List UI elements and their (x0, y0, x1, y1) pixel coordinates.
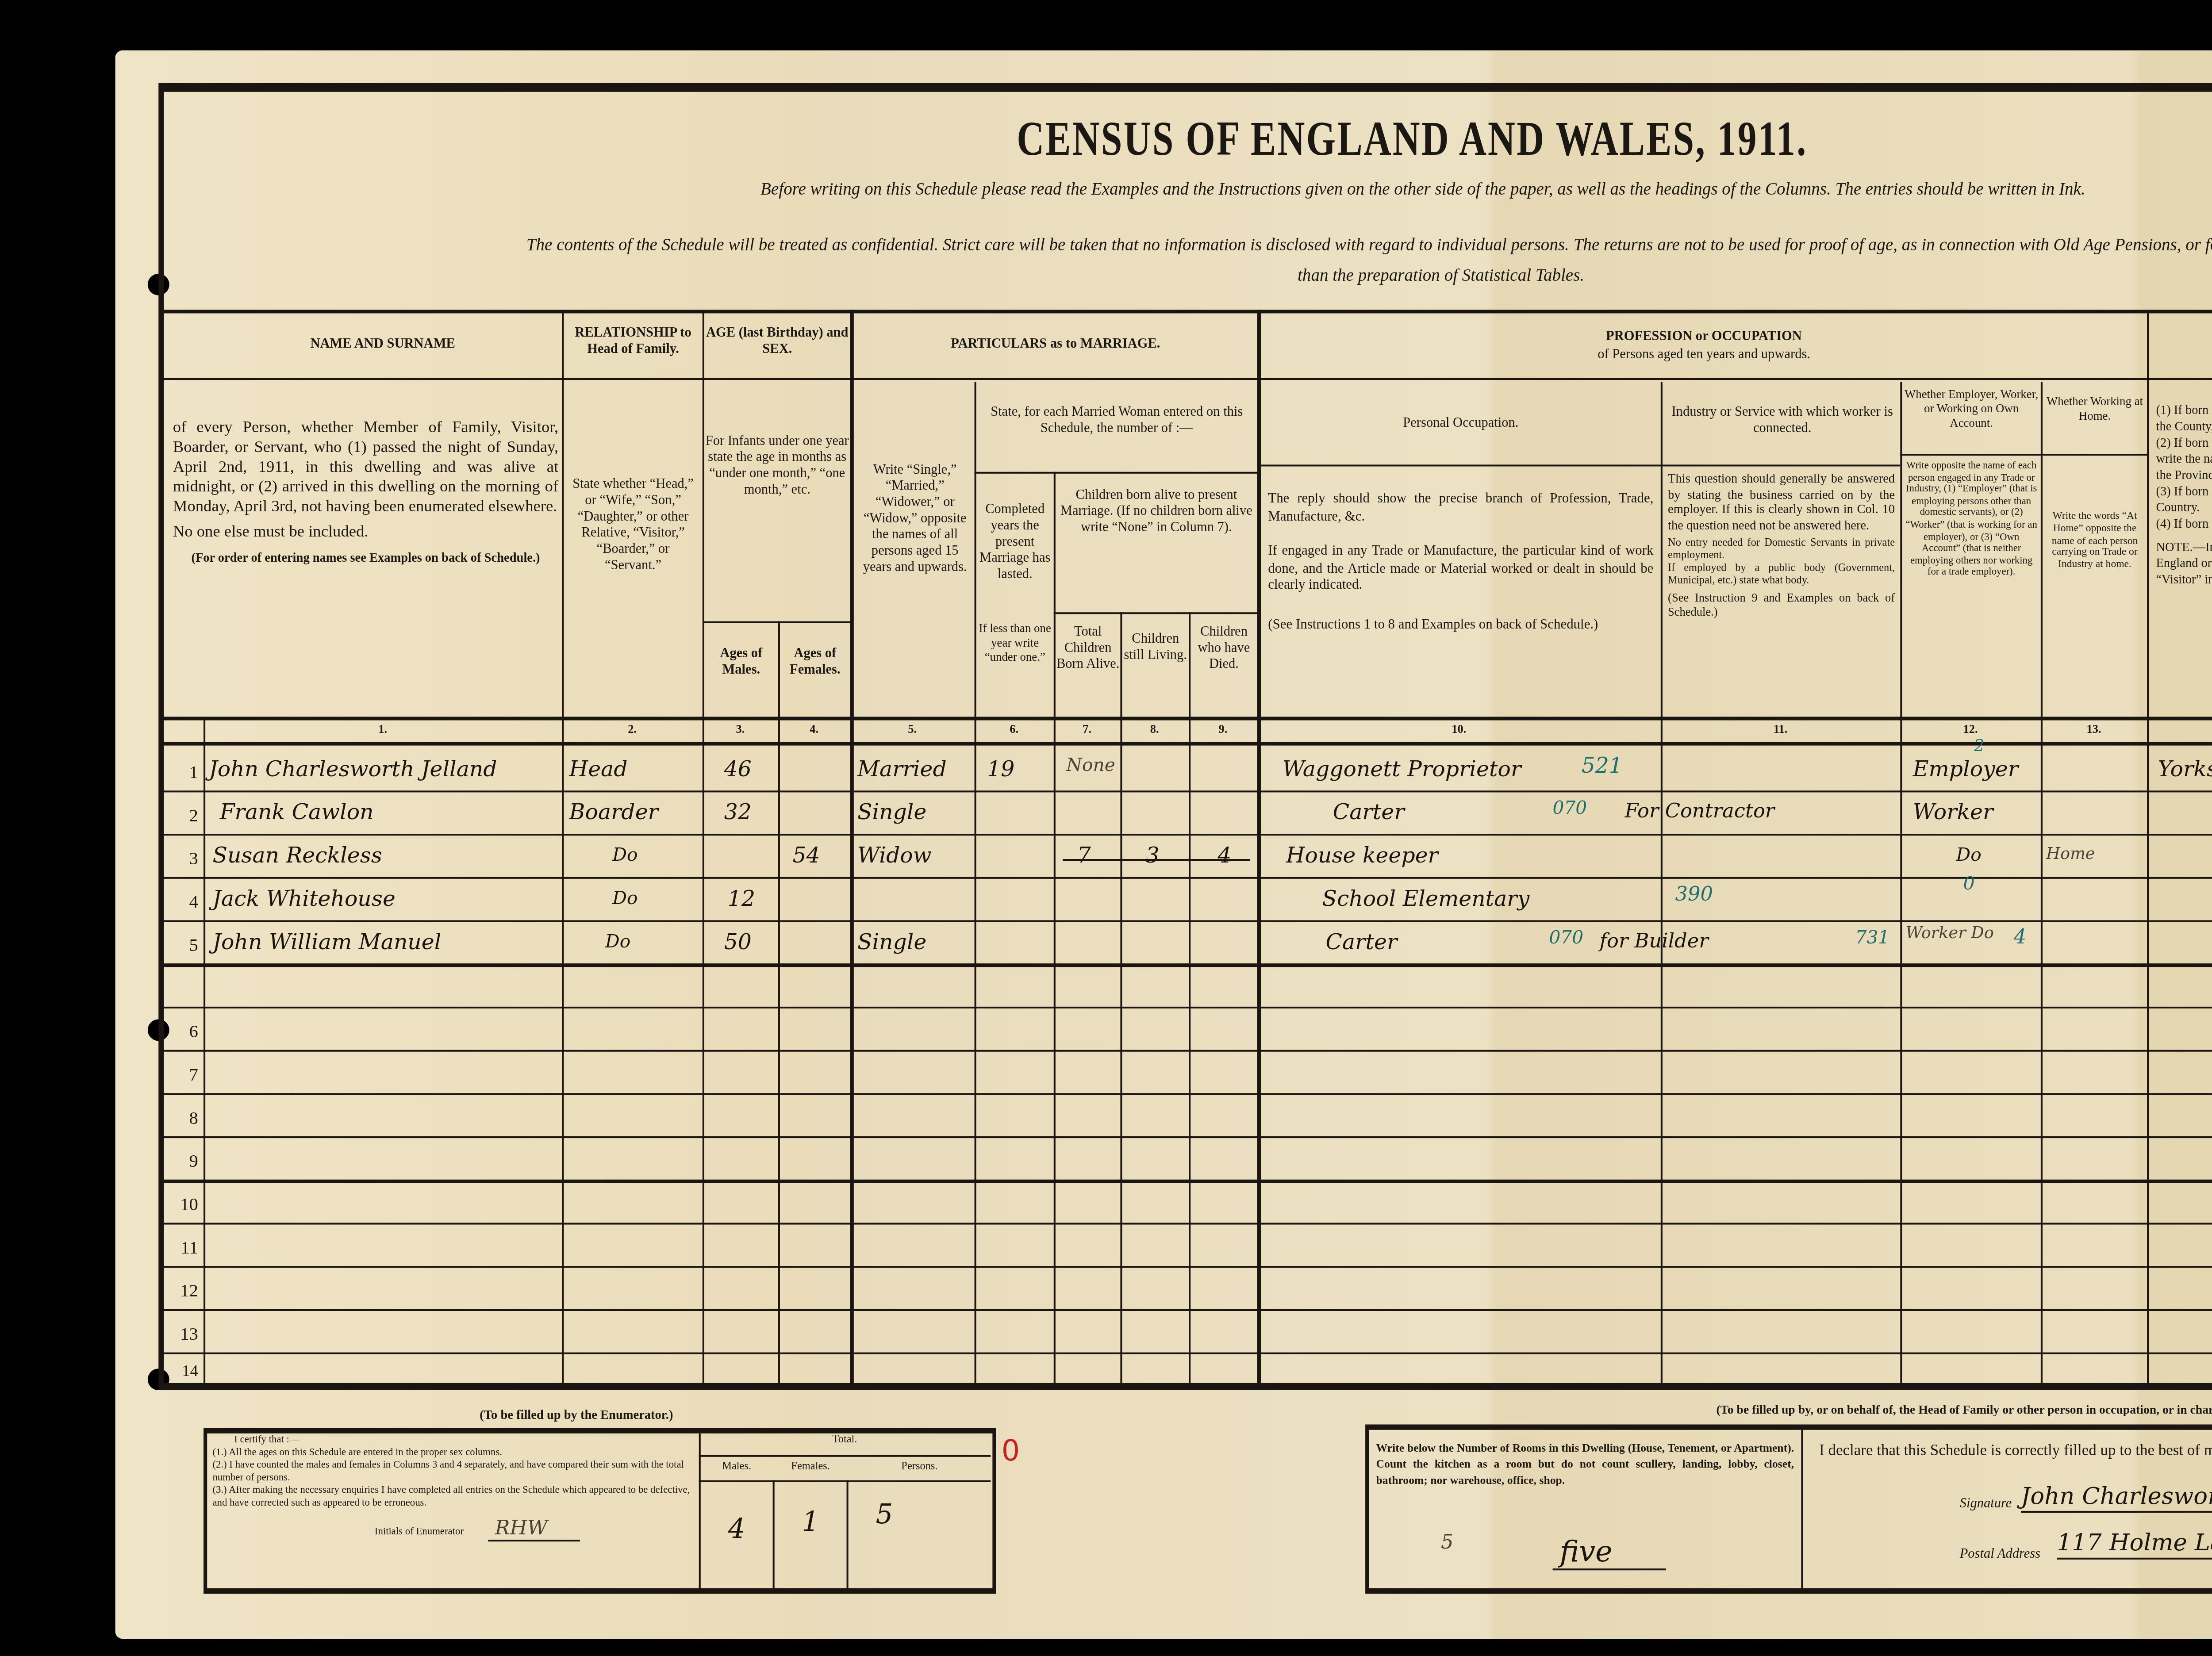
row-number: 6 (166, 1023, 198, 1043)
signature-label: Signature (1960, 1495, 2012, 1511)
industry-note-1: This question should generally be answer… (1668, 472, 1895, 533)
row-rule (162, 1093, 2212, 1095)
header-name: NAME AND SURNAME (204, 335, 562, 351)
marriage-years[interactable]: 19 (987, 756, 1014, 782)
birthplace-body: (1) If born in the United Kingdom, write… (2156, 403, 2212, 589)
col-divider (562, 310, 564, 1383)
occupation-code: 390 (1675, 882, 1713, 906)
row-rule (162, 1180, 2212, 1183)
red-check-mark: 0 (1002, 1434, 1020, 1468)
children-living[interactable]: 3 (1145, 843, 1159, 868)
total-children-header: Total Children Born Alive. (1056, 623, 1121, 672)
row-rule (162, 1223, 2212, 1224)
column-number: 6. (975, 724, 1054, 736)
total-label: Total. (699, 1435, 991, 1446)
certify-item-3: (3.) After making the necessary enquirie… (212, 1486, 691, 1511)
occupation[interactable]: School Elementary (1322, 886, 1529, 911)
row-number: 13 (166, 1326, 198, 1345)
industry-body: This question should generally be answer… (1668, 472, 1895, 620)
row-number: 1 (166, 763, 198, 783)
marriage-condition-body: Write “Single,” “Married,” “Widower,” or… (857, 461, 973, 574)
header-bottom-rule (162, 717, 2212, 720)
employment-status[interactable]: Employer (1913, 756, 2018, 782)
colnum-rule (162, 742, 2212, 745)
age-split-rule (703, 621, 850, 623)
marriage-years-note: If less than one year write “under one.” (976, 623, 1054, 667)
row-number: 10 (166, 1196, 198, 1215)
header-marriage: PARTICULARS as to MARRIAGE. (854, 335, 1257, 351)
census-page: CENSUS OF ENGLAND AND WALES, 1911. Befor… (0, 0, 2212, 1656)
header-rule (162, 378, 2212, 380)
column-number: 13. (2041, 724, 2147, 736)
enumerator-heading: (To be filled up by the Enumerator.) (270, 1408, 883, 1423)
birthplace-note-5: NOTE.—In the case of persons born elsewh… (2156, 540, 2212, 589)
table-top-rule (162, 310, 2212, 313)
person-name[interactable]: John Charlesworth Jelland (209, 756, 497, 782)
person-name[interactable]: Jack Whitehouse (212, 886, 395, 911)
col-divider (1900, 382, 1902, 1383)
row-rule (162, 1266, 2212, 1268)
marital-condition[interactable]: Married (857, 756, 947, 782)
column-number: 7. (1054, 724, 1121, 736)
home-header: Whether Working at Home. (2043, 396, 2147, 425)
employer-body: Write opposite the name of each person e… (1904, 461, 2039, 579)
row-number: 5 (166, 936, 198, 956)
postal-address-field[interactable]: 117 Holme Lane Sheffield (2057, 1531, 2212, 1560)
marital-condition[interactable]: Single (857, 800, 926, 825)
at-home[interactable]: Home (2046, 847, 2095, 865)
row-number: 2 (166, 807, 198, 827)
birthplace-note-3: (3) If born in a Foreign Country, write … (2156, 484, 2212, 517)
row-number: 9 (166, 1153, 198, 1173)
age-male[interactable]: 12 (728, 886, 755, 911)
occupation-code: 070 (1549, 929, 1583, 949)
column-number: 5. (850, 724, 975, 736)
householder-heading: (To be filled up by, or on behalf of, th… (1369, 1405, 2212, 1417)
confidential-notice: The contents of the Schedule will be tre… (180, 230, 2212, 291)
certify-item-1: (1.) All the ages on this Schedule are e… (212, 1448, 691, 1460)
row-number: 3 (166, 850, 198, 870)
males-label: Males. (701, 1462, 773, 1473)
occupation[interactable]: Carter (1326, 929, 1398, 954)
females-total[interactable]: 1 (775, 1506, 847, 1538)
col-divider (2147, 310, 2149, 1383)
males-total[interactable]: 4 (701, 1513, 773, 1545)
total-divider (699, 1434, 701, 1590)
relationship[interactable]: Do (612, 847, 637, 866)
employer-header: Whether Employer, Worker, or Working on … (1902, 389, 2040, 432)
col-divider (1054, 472, 1056, 1383)
relationship[interactable]: Boarder (569, 800, 658, 825)
occupation-note-3: (See Instructions 1 to 8 and Examples on… (1268, 615, 1653, 632)
postal-address-label: Postal Address (1960, 1545, 2040, 1561)
rooms-number[interactable]: 5 (1441, 1531, 1453, 1554)
person-name[interactable]: Frank Cawlon (220, 800, 374, 825)
strike-line (1063, 859, 1250, 861)
header-relationship: RELATIONSHIP to Head of Family. (564, 324, 702, 356)
row-rule (162, 1309, 2212, 1311)
persons-label: Persons. (849, 1462, 991, 1473)
row-rule (162, 1007, 2212, 1008)
row-number: 7 (166, 1066, 198, 1086)
age-male[interactable]: 46 (724, 756, 752, 782)
declaration: I declare that this Schedule is correctl… (1819, 1441, 2212, 1459)
married-woman-note: State, for each Married Woman entered on… (982, 403, 1252, 436)
row-rule (162, 790, 2212, 792)
ages-of-males: Ages of Males. (704, 645, 778, 677)
birthplace-subtitle: of every person. (2149, 346, 2212, 362)
industry-header: Industry or Service with which worker is… (1664, 403, 1900, 436)
enumerator-certification: I certify that :— (1.) All the ages on t… (212, 1435, 691, 1540)
children-living-header: Children still Living. (1122, 630, 1189, 663)
column-number: 11. (1661, 724, 1900, 736)
employment-code: 0 (1963, 875, 1975, 895)
occupation-split-rule (1257, 464, 1900, 466)
header-age: AGE (last Birthday) and SEX. (704, 324, 850, 356)
industry-note-4: (See Instruction 9 and Examples on back … (1668, 592, 1895, 619)
birthplace-note-1: (1) If born in the United Kingdom, write… (2156, 403, 2212, 436)
row-number: 12 (166, 1282, 198, 1302)
children-died[interactable]: 4 (1217, 843, 1231, 868)
occupation-subtitle: of Persons aged ten years and upwards. (1261, 346, 2147, 362)
col-divider (1661, 382, 1663, 1383)
table-bottom-rule (162, 1383, 2212, 1387)
occupation-note-1: The reply should show the precise branch… (1268, 490, 1653, 524)
children-header: Children born alive to present Marriage.… (1057, 486, 1256, 535)
row-number: 8 (166, 1109, 198, 1129)
occupation[interactable]: Waggonett Proprietor (1283, 756, 1521, 782)
age-body: For Infants under one year state the age… (704, 432, 850, 497)
employment-status[interactable]: Worker (1913, 800, 1993, 825)
column-number: 12. (1900, 724, 2041, 736)
header-occupation: PROFESSION or OCCUPATION (1261, 328, 2147, 344)
children-total[interactable]: None (1066, 756, 1115, 776)
employment-code: 2 (1974, 738, 1984, 756)
column-number: 2. (562, 724, 703, 736)
industry[interactable]: For Contractor (1624, 800, 1774, 823)
relationship[interactable]: Do (605, 933, 630, 953)
children-split-rule (1054, 612, 1259, 614)
confidential-line-1: The contents of the Schedule will be tre… (180, 230, 2212, 261)
age-male[interactable]: 32 (724, 800, 752, 825)
rooms-divider (1801, 1430, 1803, 1588)
age-male[interactable]: 50 (724, 929, 752, 954)
age-female[interactable]: 54 (792, 843, 820, 868)
employment-status[interactable]: Do (1956, 847, 1982, 866)
confidential-line-2: than the preparation of Statistical Tabl… (180, 261, 2212, 291)
relationship[interactable]: Do (612, 889, 637, 909)
marriage-years-header: Completed years the present Marriage has… (976, 501, 1054, 582)
children-total[interactable]: 7 (1077, 843, 1091, 868)
birthplace[interactable]: Yorkshire Sheffield (2158, 756, 2212, 782)
row-rule (162, 920, 2212, 922)
personal-occupation-body: The reply should show the precise branch… (1268, 490, 1653, 632)
employer-split-rule (1900, 454, 2147, 456)
row-rule (162, 877, 2212, 879)
row-number: 4 (166, 893, 198, 913)
row-number: 14 (166, 1361, 198, 1380)
page-title: CENSUS OF ENGLAND AND WALES, 1911. (311, 111, 2212, 167)
persons-total[interactable]: 5 (849, 1498, 921, 1530)
enumerator-initials[interactable]: RHW (488, 1516, 580, 1541)
column-number: 9. (1189, 724, 1257, 736)
rooms-instruction: Write below the Number of Rooms in this … (1376, 1441, 1794, 1490)
initials-label: Initials of Enumerator (375, 1527, 464, 1538)
col-divider (850, 310, 854, 1383)
industry-code: 731 (1855, 929, 1890, 949)
person-name[interactable]: John William Manuel (212, 929, 441, 954)
total-divider (847, 1480, 849, 1590)
occupation[interactable]: House keeper (1286, 843, 1438, 868)
certify-item-2: (2.) I have counted the males and female… (212, 1460, 691, 1486)
marital-condition[interactable]: Widow (857, 843, 931, 868)
column-number: 3. (703, 724, 778, 736)
col-divider (2041, 382, 2043, 1383)
row-rule (162, 963, 2212, 967)
column-number: 4. (778, 724, 850, 736)
females-label: Females. (775, 1462, 847, 1473)
ages-of-females: Ages of Females. (780, 645, 850, 677)
row-rule (162, 1050, 2212, 1052)
employment-status[interactable]: Worker Do (1906, 926, 1994, 944)
header-birthplace: BIRTHPLACE (2149, 328, 2212, 344)
employment-code: 4 (2014, 926, 2027, 949)
col-divider (1257, 310, 1261, 1383)
occupation-note-2: If engaged in any Trade or Manufacture, … (1268, 542, 1653, 593)
column-number: 10. (1257, 724, 1661, 736)
industry[interactable]: for Builder (1599, 929, 1708, 953)
industry-note-2: No entry needed for Domestic Servants in… (1668, 538, 1895, 563)
column-number: 1. (204, 724, 562, 736)
order-note: (For order of entering names see Example… (173, 549, 558, 569)
name-instructions: of every Person, whether Member of Famil… (173, 418, 558, 515)
personal-occupation-header: Personal Occupation. (1261, 414, 1661, 430)
instruction-line: Before writing on this Schedule please r… (450, 180, 2212, 200)
industry-note-3: If employed by a public body (Government… (1668, 563, 1895, 589)
home-body: Write the words “At Home” opposite the n… (2044, 511, 2145, 572)
occupation-code: 070 (1553, 800, 1587, 820)
header-name-body: of every Person, whether Member of Famil… (173, 418, 558, 569)
person-name[interactable]: Susan Reckless (212, 843, 382, 868)
marital-condition[interactable]: Single (857, 929, 926, 954)
column-number: 8. (1120, 724, 1189, 736)
column-number: 14 (2147, 724, 2212, 736)
row-rule (162, 1136, 2212, 1138)
row-rule (162, 1353, 2212, 1354)
no-one-else-note: No one else must be included. (173, 522, 558, 542)
total-rule (699, 1455, 991, 1457)
row-rule (162, 834, 2212, 836)
certify-heading: I certify that :— (212, 1435, 691, 1448)
total-rule (699, 1480, 991, 1482)
rooms-word[interactable]: five (1553, 1534, 1667, 1570)
marriage-split-rule (975, 472, 1259, 474)
birthplace-note-4: (4) If born at sea, write “At Sea.” (2156, 517, 2212, 533)
occupation-code: 521 (1582, 753, 1623, 778)
birthplace-note-2: (2) If born in any other part of the Bri… (2156, 436, 2212, 484)
occupation[interactable]: Carter (1333, 800, 1405, 825)
relationship[interactable]: Head (569, 756, 628, 782)
children-died-header: Children who have Died. (1190, 623, 1257, 672)
relationship-body: State whether “Head,” or “Wife,” “Son,” … (567, 475, 699, 573)
row-number: 11 (166, 1239, 198, 1259)
signature-field[interactable]: John Charlesworth Jelland (2021, 1484, 2212, 1513)
